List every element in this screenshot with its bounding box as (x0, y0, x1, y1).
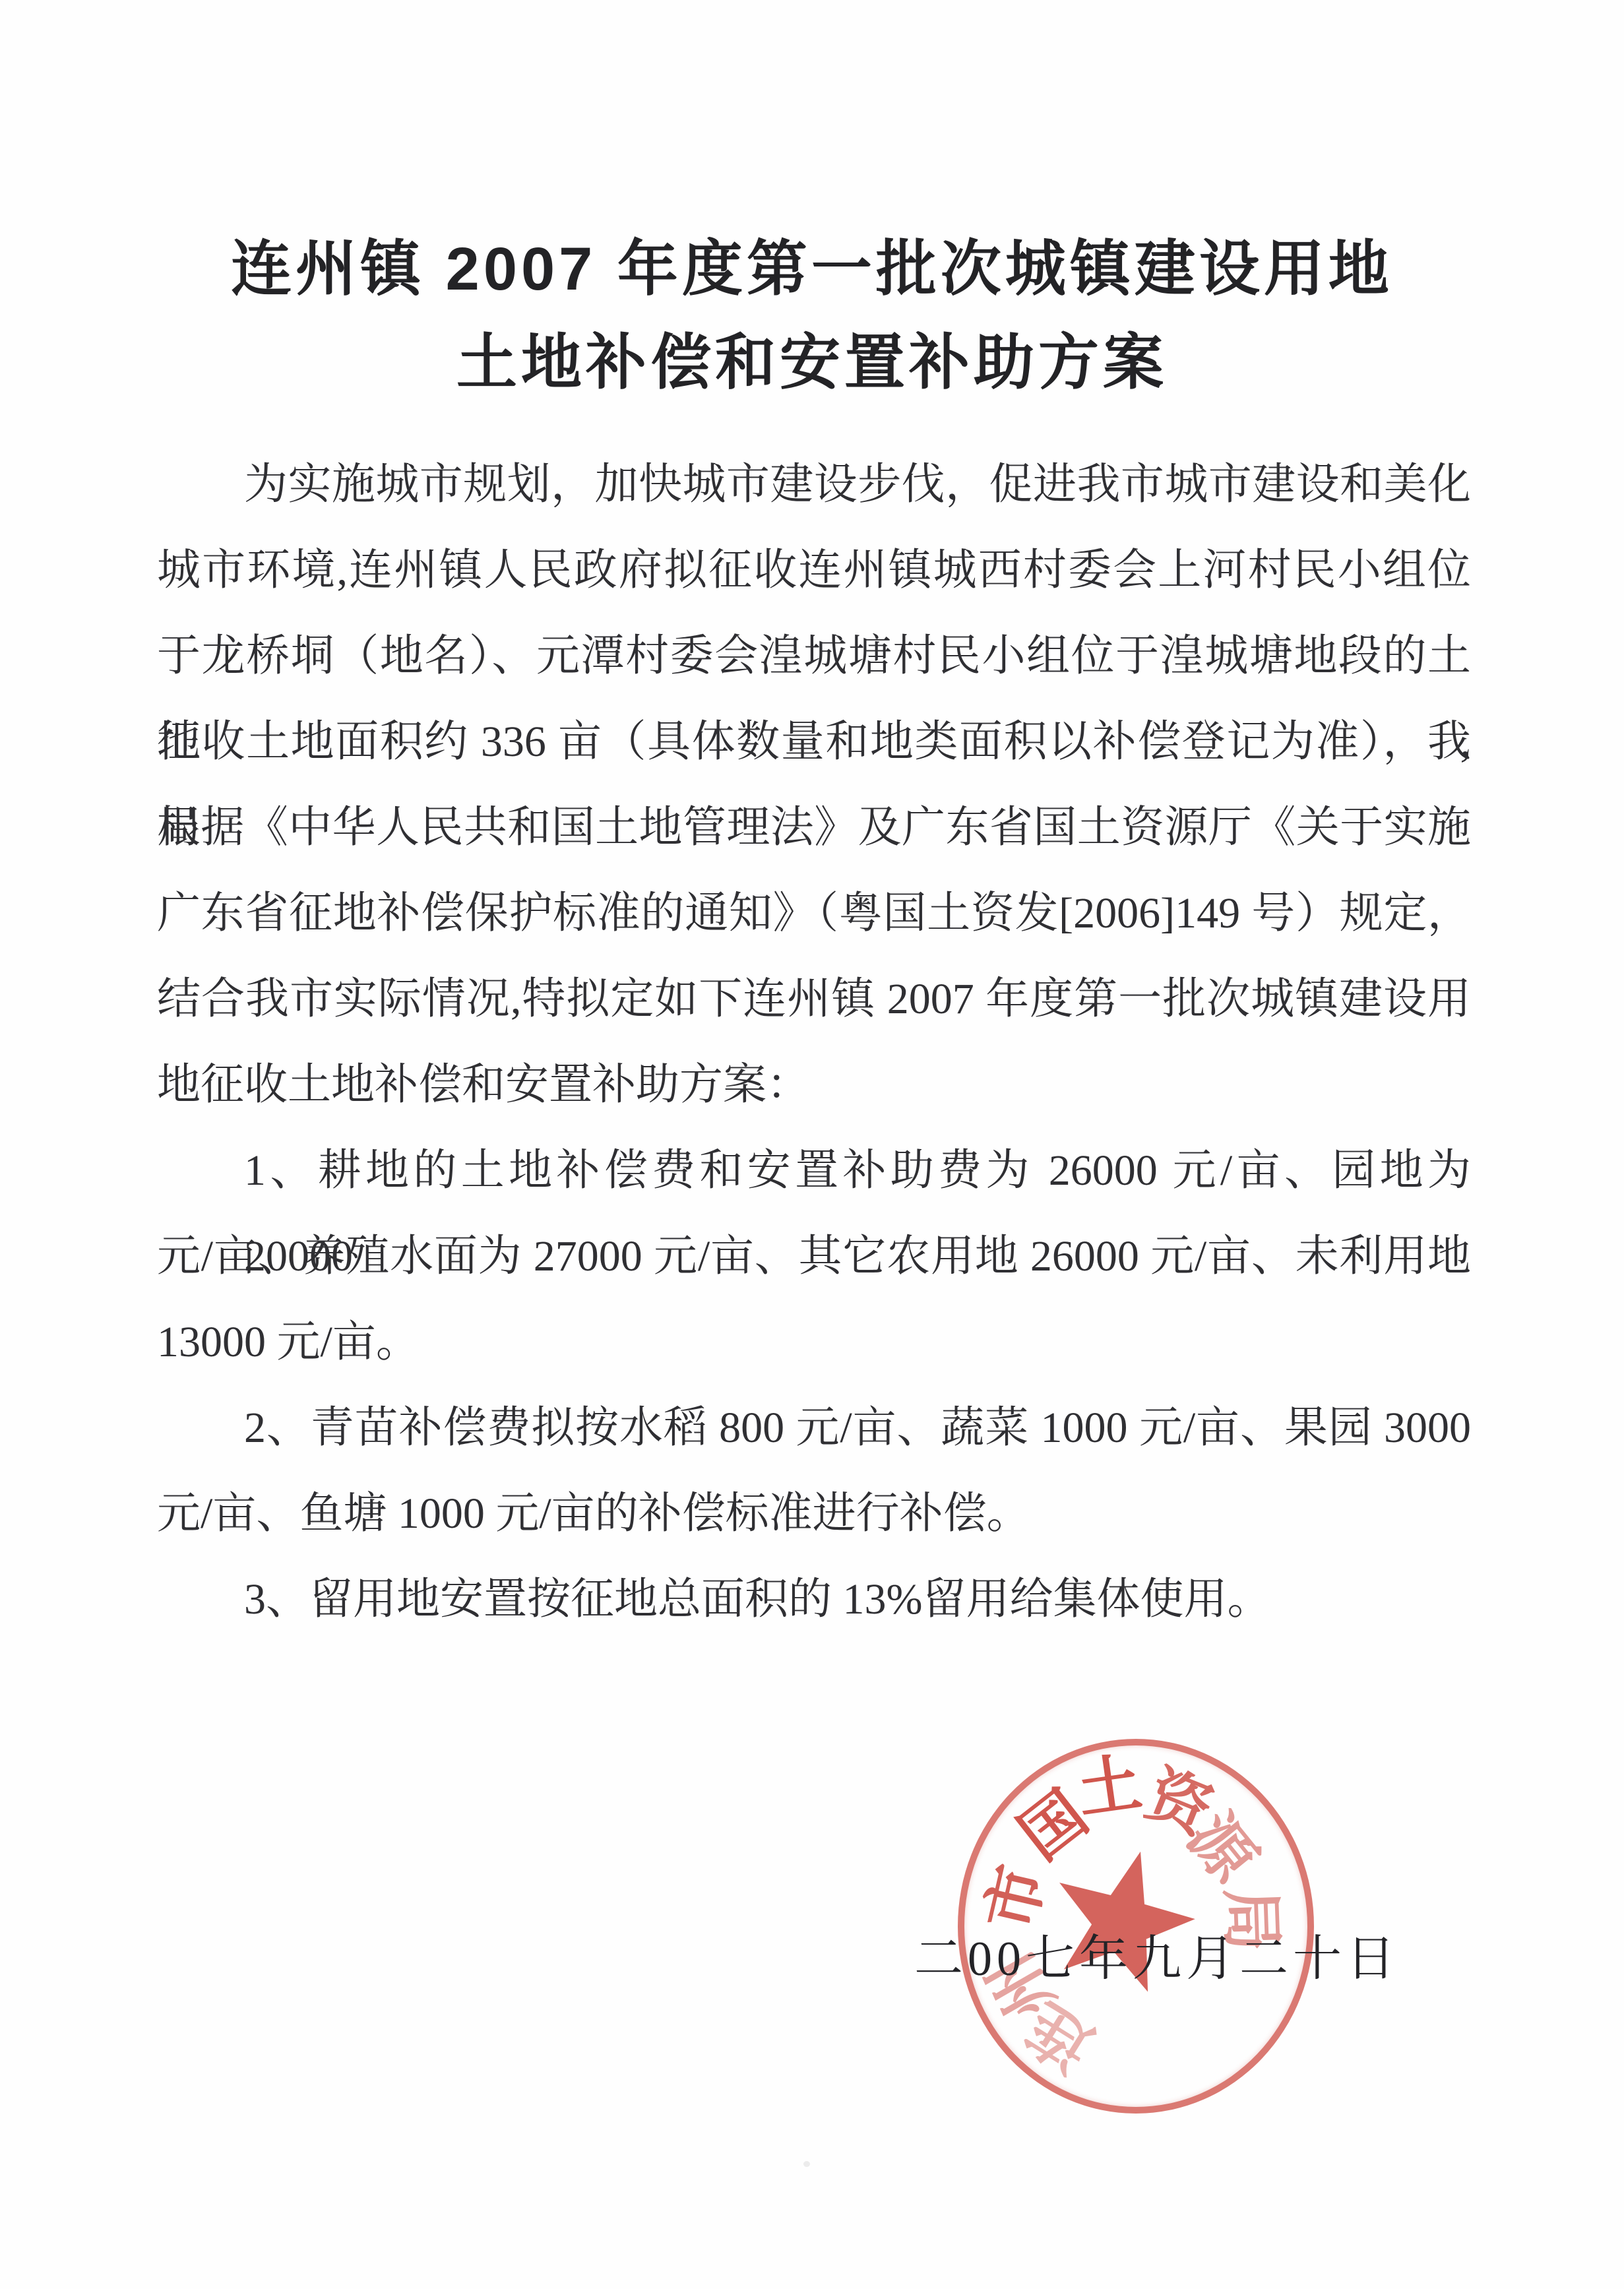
body-line: 城市环境,连州镇人民政府拟征收连州镇城西村委会上河村民小组位 (157, 528, 1471, 613)
official-seal: 连 州 市 国 土 资 源 局 (958, 1739, 1314, 2114)
document-body: 为实施城市规划，加快城市建设步伐，促进我市城市建设和美化 城市环境,连州镇人民政… (157, 442, 1471, 1643)
scan-speck (803, 2161, 810, 2167)
body-line: 元/亩、养殖水面为 27000 元/亩、其它农用地 26000 元/亩、未利用地 (157, 1214, 1471, 1300)
document-title-line-2: 土地补偿和安置补助方案 (0, 326, 1624, 400)
body-line: 地征收土地补偿和安置补助方案： (157, 1042, 1471, 1128)
body-line: 结合我市实际情况,特拟定如下连州镇 2007 年度第一批次城镇建设用 (157, 956, 1471, 1042)
body-line: 根据《中华人民共和国土地管理法》及广东省国土资源厅《关于实施 (157, 785, 1471, 871)
seal-character: 资 (1139, 1755, 1224, 1840)
body-line: 2、青苗补偿费拟按水稻 800 元/亩、蔬菜 1000 元/亩、果园 3000 (157, 1385, 1471, 1471)
body-line: 1、耕地的土地补偿费和安置补助费为 26000 元/亩、园地为 20000 (157, 1128, 1471, 1214)
issue-date: 二00七年九月二十日 (914, 1928, 1400, 1991)
body-line: 广东省征地补偿保护标准的通知》（粤国土资发[2006]149 号）规定， (157, 871, 1471, 956)
body-line: 为实施城市规划，加快城市建设步伐，促进我市城市建设和美化 (157, 442, 1471, 528)
body-line: 13000 元/亩。 (157, 1300, 1471, 1385)
body-line: 征收土地面积约 336 亩（具体数量和地类面积以补偿登记为准），我局 (157, 699, 1471, 785)
seal-character: 市 (971, 1857, 1050, 1936)
body-line: 3、留用地安置按征地总面积的 13%留用给集体使用。 (157, 1557, 1471, 1643)
document-page: 连州镇 2007 年度第一批次城镇建设用地 土地补偿和安置补助方案 为实施城市规… (0, 0, 1624, 2289)
seal-character: 连 (1011, 1996, 1102, 2087)
body-line: 于龙桥垌（地名）、元潭村委会湟城塘村民小组位于湟城塘地段的土地, (157, 613, 1471, 699)
body-line: 元/亩、鱼塘 1000 元/亩的补偿标准进行补偿。 (157, 1471, 1471, 1557)
document-title-line-1: 连州镇 2007 年度第一批次城镇建设用地 (0, 232, 1624, 306)
seal-character: 土 (1072, 1744, 1146, 1819)
